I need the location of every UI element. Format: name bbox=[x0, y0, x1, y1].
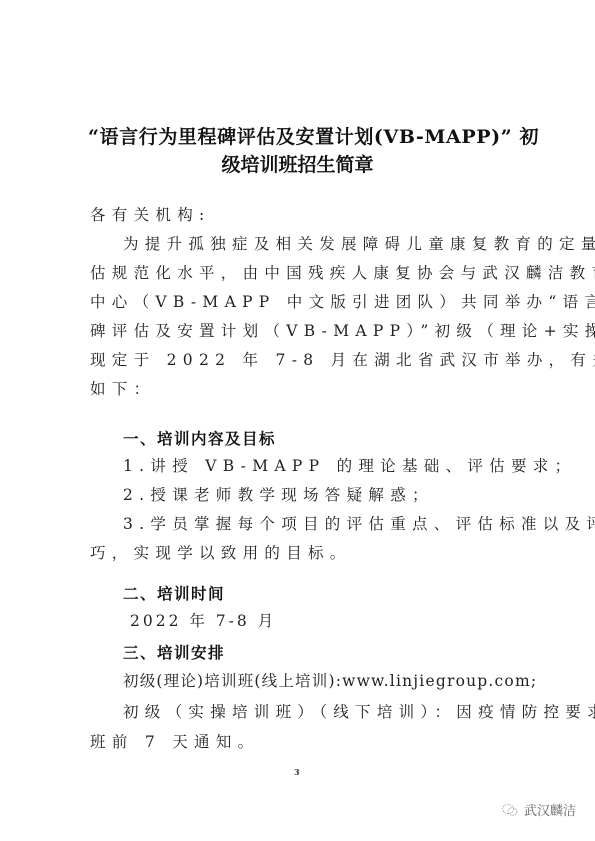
section-line: 2.授课老师教学现场答疑解惑； bbox=[123, 485, 434, 505]
watermark: 武汉麟洁 bbox=[502, 800, 576, 819]
salutation: 各有关机构: bbox=[90, 205, 211, 225]
intro-line: 为提升孤独症及相关发展障碍儿童康复教育的定量评 bbox=[123, 234, 595, 254]
section-heading-training-arrangement: 三、培训安排 bbox=[123, 641, 225, 663]
section-line: 初级(理论)培训班(线上培训):www.linjiegroup.com; bbox=[123, 671, 537, 691]
page-number: 3 bbox=[294, 767, 300, 777]
section-line: 3.学员掌握每个项目的评估重点、评估标准以及评估技 bbox=[123, 514, 595, 534]
intro-line: 现定于 2022 年 7-8 月在湖北省武汉市举办，有关事宜通知 bbox=[90, 350, 595, 370]
wechat-icon bbox=[502, 803, 518, 817]
section-line: 初级（实操培训班）（线下培训）：因疫情防控要求开 bbox=[123, 702, 595, 722]
intro-line: 碑评估及安置计划（VB-MAPP）”初级（理论+实操）培训班， bbox=[90, 321, 595, 341]
intro-line: 如下： bbox=[90, 379, 155, 399]
section-line: 巧，实现学以致用的目标。 bbox=[90, 543, 352, 563]
section-line: 2022 年 7-8 月 bbox=[130, 611, 276, 631]
intro-line: 中心（VB-MAPP 中文版引进团队）共同举办“语言行为里程 bbox=[90, 292, 595, 312]
section-line: 1.讲授 VB-MAPP 的理论基础、评估要求； bbox=[123, 456, 576, 476]
document-title-line-1: “语言行为里程碑评估及安置计划(VB-MAPP)” 初 bbox=[88, 122, 528, 149]
section-heading-training-time: 二、培训时间 bbox=[123, 582, 225, 604]
document-title-line-2: 级培训班招生简章 bbox=[0, 150, 595, 177]
section-line: 班前 7 天通知。 bbox=[90, 732, 259, 752]
intro-line: 估规范化水平，由中国残疾人康复协会与武汉麟洁教育培训 bbox=[90, 263, 595, 283]
watermark-text: 武汉麟洁 bbox=[524, 800, 576, 819]
section-heading-content-goals: 一、培训内容及目标 bbox=[123, 427, 276, 449]
